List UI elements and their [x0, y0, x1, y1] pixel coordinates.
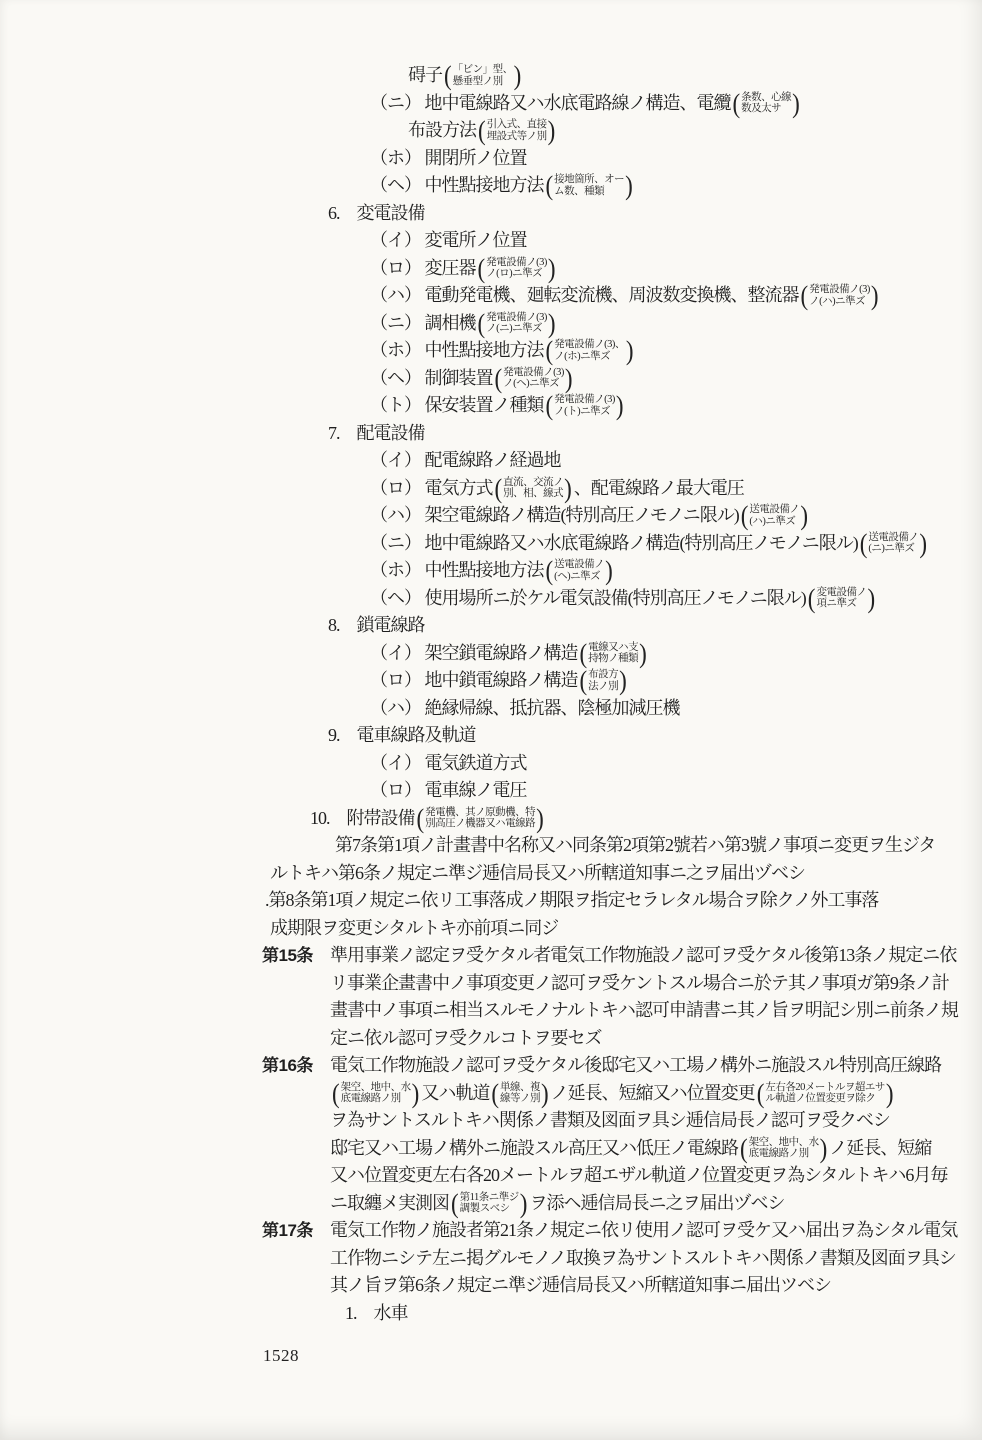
text-run: 定ニ依ル認可ヲ受クルコトヲ要セズ [330, 1028, 601, 1048]
article-number: 第17条 [262, 1217, 330, 1245]
text-line: （ト） 保安装置ノ種類発電設備ノ(3)ノ(ト)ニ準ズ [0, 392, 982, 420]
stack-row: 別高圧ノ機器又ハ電線路 [425, 818, 535, 830]
text-line: 8. 鎖電線路 [0, 612, 982, 640]
stacked-annotation: 直流、交流ノ別、相、線式 [494, 477, 573, 500]
text-line: 1. 水車 [0, 1300, 982, 1328]
document-page: 碍子「ビン」型、懸垂型ノ別（ニ） 地中電線路又ハ水底電路線ノ構造、電纜条数、心線… [0, 0, 982, 1440]
text-line: 邸宅又ハ工場ノ構外ニ施設スル高圧又ハ低圧ノ電線路架空、地中、水底電線路ノ別ノ延長… [0, 1135, 982, 1163]
stack-row: (ヘ)ニ準ズ [554, 571, 604, 583]
text-run: ノ延長、短縮又ハ位置変更 [551, 1083, 755, 1103]
stack-lines: 架空、地中、水底電線路ノ別 [341, 1082, 411, 1105]
stack-row: 発電設備ノ(3)、 [554, 339, 625, 351]
text-run: （ヘ） 使用場所ニ於ケル電気設備(特別高圧ノモノニ限ル) [370, 588, 806, 608]
stack-row: 発電設備ノ(3) [486, 257, 547, 269]
stack-row: 条数、心線 [741, 92, 791, 104]
line-text: 架空、地中、水底電線路ノ別又ハ軌道単線、複線等ノ別ノ延長、短縮又ハ位置変更左右各… [330, 1083, 896, 1103]
stack-row: 埋設式等ノ別 [487, 131, 547, 143]
line-text: （ニ） 地中電線路又ハ水底電線路ノ構造(特別高圧ノモノニ限ル)送電設備ノ(ニ)ニ… [370, 533, 929, 553]
stacked-annotation: 「ビン」型、懸垂型ノ別 [443, 64, 522, 87]
stack-row: ノ(ロ)ニ準ズ [486, 268, 547, 280]
text-line: （ハ） 架空電線路ノ構造(特別高圧ノモノニ限ル)送電設備ノ(ハ)ニ準ズ [0, 502, 982, 530]
stack-row: 底電線路ノ別 [749, 1148, 819, 1160]
text-line: 工作物ニシテ左ニ掲グルモノノ取換ヲ為サントスルトキハ関係ノ書類及図面ヲ具シ [0, 1245, 982, 1273]
stack-row: 架空、地中、水 [749, 1137, 819, 1149]
stack-row: ノ(ヘ)ニ準ズ [503, 378, 564, 390]
stack-row: 発電設備ノ(3) [486, 312, 547, 324]
text-line: 10. 附帯設備発電機、其ノ原動機、特別高圧ノ機器又ハ電線路 [0, 805, 982, 833]
stacked-annotation: 発電設備ノ(3)ノ(ヘ)ニ準ズ [494, 367, 574, 390]
document-body: 碍子「ビン」型、懸垂型ノ別（ニ） 地中電線路又ハ水底電路線ノ構造、電纜条数、心線… [0, 0, 982, 1327]
line-text: 碍子「ビン」型、懸垂型ノ別 [408, 65, 523, 85]
line-text: （ヘ） 使用場所ニ於ケル電気設備(特別高圧ノモノニ限ル)変電設備ノ項ニ準ズ [370, 588, 877, 608]
text-run: （ホ） 中性點接地方法 [370, 560, 544, 580]
stack-row: 送電設備ノ [554, 559, 604, 571]
text-line: 9. 電車線路及軌道 [0, 722, 982, 750]
line-text: （ホ） 開閉所ノ位置 [370, 148, 527, 168]
stack-row: 第11条ニ準ジ [460, 1192, 519, 1204]
text-run: （ト） 保安装置ノ種類 [370, 395, 544, 415]
text-line: （イ） 変電所ノ位置 [0, 227, 982, 255]
stacked-annotation: 第11条ニ準ジ調製スベシ [450, 1192, 528, 1215]
stacked-annotation: 送電設備ノ(ハ)ニ準ズ [740, 504, 809, 527]
stack-row: 法ノ別 [588, 681, 618, 693]
text-run: 布設方法 [408, 120, 476, 140]
article-line: 第16条電気工作物施設ノ認可ヲ受ケタル後邸宅又ハ工場ノ構外ニ施設スル特別高圧線路 [0, 1052, 982, 1080]
stack-row: ム数、種類 [554, 186, 624, 198]
stack-row: 単線、複 [500, 1082, 540, 1094]
stack-row: 接地箇所、オー [554, 174, 624, 186]
line-text: 8. 鎖電線路 [328, 615, 425, 635]
text-run: 電気工作物施設ノ認可ヲ受ケタル後邸宅又ハ工場ノ構外ニ施設スル特別高圧線路 [330, 1055, 941, 1075]
stacked-annotation: 発電設備ノ(3)ノ(ニ)ニ準ズ [477, 312, 557, 335]
line-text: 又ハ位置変更左右各20メートルヲ超エザル軌道ノ位置変更ヲ為シタルトキハ6月毎 [330, 1165, 947, 1185]
text-run: 10. 附帯設備 [310, 808, 415, 828]
text-line: （ホ） 中性點接地方法発電設備ノ(3)、ノ(ホ)ニ準ズ [0, 337, 982, 365]
line-text: （イ） 配電線路ノ経過地 [370, 450, 561, 470]
text-line: （イ） 電気鉄道方式 [0, 750, 982, 778]
text-run: ヲ添ヘ逓信局長ニ之ヲ届出ヅベシ [529, 1193, 784, 1213]
stacked-annotation: 送電設備ノ(ヘ)ニ準ズ [545, 559, 614, 582]
text-run: 9. 電車線路及軌道 [328, 725, 476, 745]
line-text: 9. 電車線路及軌道 [328, 725, 476, 745]
line-text: （ト） 保安装置ノ種類発電設備ノ(3)ノ(ト)ニ準ズ [370, 395, 626, 415]
text-run: 邸宅又ハ工場ノ構外ニ施設スル高圧又ハ低圧ノ電線路 [330, 1138, 738, 1158]
stack-row: 送電設備ノ [749, 504, 799, 516]
text-line: （ホ） 中性點接地方法送電設備ノ(ヘ)ニ準ズ [0, 557, 982, 585]
stack-row: 布設方 [588, 669, 618, 681]
stack-lines: 第11条ニ準ジ調製スベシ [460, 1192, 519, 1215]
text-line: 架空、地中、水底電線路ノ別又ハ軌道単線、複線等ノ別ノ延長、短縮又ハ位置変更左右各… [0, 1080, 982, 1108]
text-run: 又ハ軌道 [421, 1083, 489, 1103]
stack-lines: 発電機、其ノ原動機、特別高圧ノ機器又ハ電線路 [425, 807, 535, 830]
line-text: 第7条第1項ノ計畫書中名称又ハ同条第2項第2號若ハ第3號ノ事項ニ変更ヲ生ジタ [335, 835, 935, 855]
article-number: 第16条 [262, 1052, 330, 1080]
line-text: （ハ） 電動発電機、廻転変流機、周波数変換機、整流器発電設備ノ(3)ノ(ハ)ニ準… [370, 285, 881, 305]
stack-row: 線等ノ別 [500, 1093, 540, 1105]
text-line: （ホ） 開閉所ノ位置 [0, 145, 982, 173]
stack-row: 「ビン」型、 [453, 64, 513, 76]
text-run: （イ） 電気鉄道方式 [370, 753, 527, 773]
text-run: （ロ） 変圧器 [370, 258, 476, 278]
line-text: （ロ） 地中鎖電線路ノ構造布設方法ノ別 [370, 670, 629, 690]
stack-lines: 送電設備ノ(ヘ)ニ準ズ [554, 559, 604, 582]
text-run: （ヘ） 制御装置 [370, 368, 493, 388]
stack-lines: 布設方法ノ別 [588, 669, 618, 692]
text-run: 工作物ニシテ左ニ掲グルモノノ取換ヲ為サントスルトキハ関係ノ書類及図面ヲ具シ [330, 1248, 956, 1268]
stack-lines: 発電設備ノ(3)、ノ(ホ)ニ準ズ [554, 339, 625, 362]
text-run: ノ延長、短縮 [829, 1138, 931, 1158]
text-line: （ニ） 調相機発電設備ノ(3)ノ(ニ)ニ準ズ [0, 310, 982, 338]
page-number: 1528 [263, 1346, 299, 1366]
line-text: リ事業企畫書中ノ事項変更ノ認可ヲ受ケントスル場合ニ於テ其ノ事項ガ第9条ノ計 [330, 973, 949, 993]
stack-row: 底電線路ノ別 [341, 1093, 411, 1105]
text-run: 又ハ位置変更左右各20メートルヲ超エザル軌道ノ位置変更ヲ為シタルトキハ6月毎 [330, 1165, 947, 1185]
article-line: 第15条準用事業ノ認定ヲ受ケタル者電気工作物施設ノ認可ヲ受ケタル後第13条ノ規定… [0, 942, 982, 970]
stack-row: ノ(ハ)ニ準ズ [809, 296, 870, 308]
line-text: （イ） 変電所ノ位置 [370, 230, 527, 250]
stack-lines: 発電設備ノ(3)ノ(ヘ)ニ準ズ [503, 367, 564, 390]
stack-row: 送電設備ノ [868, 532, 918, 544]
stack-row: 直流、交流ノ [503, 477, 563, 489]
text-line: 定ニ依ル認可ヲ受クルコトヲ要セズ [0, 1025, 982, 1053]
text-run: ニ取纏メ実測図 [330, 1193, 449, 1213]
line-text: （イ） 電気鉄道方式 [370, 753, 527, 773]
text-line: 畫書中ノ事項ニ相当スルモノナルトキハ認可申請書ニ其ノ旨ヲ明記シ別ニ前条ノ規 [0, 997, 982, 1025]
line-text: 定ニ依ル認可ヲ受クルコトヲ要セズ [330, 1028, 601, 1048]
stack-row: 懸垂型ノ別 [453, 76, 513, 88]
stack-row: ノ(ニ)ニ準ズ [486, 323, 547, 335]
text-line: （イ） 架空鎖電線路ノ構造電線又ハ支持物ノ種類 [0, 640, 982, 668]
line-text: （ハ） 絶縁帰線、抵抗器、陰極加減圧機 [370, 698, 680, 718]
text-line: 7. 配電設備 [0, 420, 982, 448]
text-line: （ロ） 地中鎖電線路ノ構造布設方法ノ別 [0, 667, 982, 695]
text-run: 第7条第1項ノ計畫書中名称又ハ同条第2項第2號若ハ第3號ノ事項ニ変更ヲ生ジタ [335, 835, 935, 855]
text-run: ヲ為サントスルトキハ関係ノ書類及図面ヲ具シ逓信局長ノ認可ヲ受クベシ [330, 1110, 890, 1130]
line-text: （ニ） 調相機発電設備ノ(3)ノ(ニ)ニ準ズ [370, 313, 558, 333]
stack-row: 発電設備ノ(3) [554, 394, 615, 406]
text-run: 碍子 [408, 65, 442, 85]
text-run: 6. 変電設備 [328, 203, 425, 223]
text-line: （イ） 配電線路ノ経過地 [0, 447, 982, 475]
text-run: .第8条第1項ノ規定ニ依リ工事落成ノ期限ヲ指定セラレタル場合ヲ除クノ外工事落 [265, 890, 878, 910]
stack-row: 項ニ準ズ [816, 598, 866, 610]
text-line: （ロ） 電車線ノ電圧 [0, 777, 982, 805]
stack-row: 変電設備ノ [816, 587, 866, 599]
line-text: ヲ為サントスルトキハ関係ノ書類及図面ヲ具シ逓信局長ノ認可ヲ受クベシ [330, 1110, 890, 1130]
line-text: 1. 水車 [345, 1303, 408, 1323]
text-line: 碍子「ビン」型、懸垂型ノ別 [0, 62, 982, 90]
stacked-annotation: 変電設備ノ項ニ準ズ [807, 587, 876, 610]
text-line: 第7条第1項ノ計畫書中名称又ハ同条第2項第2號若ハ第3號ノ事項ニ変更ヲ生ジタ [0, 832, 982, 860]
stack-row: 架空、地中、水 [341, 1082, 411, 1094]
text-line: 6. 変電設備 [0, 200, 982, 228]
text-line: リ事業企畫書中ノ事項変更ノ認可ヲ受ケントスル場合ニ於テ其ノ事項ガ第9条ノ計 [0, 970, 982, 998]
text-run: （イ） 変電所ノ位置 [370, 230, 527, 250]
text-run: （ホ） 開閉所ノ位置 [370, 148, 527, 168]
stacked-annotation: 発電設備ノ(3)、ノ(ホ)ニ準ズ [545, 339, 635, 362]
text-run: （ホ） 中性點接地方法 [370, 340, 544, 360]
article-line: 第17条電気工作物ノ施設者第21条ノ規定ニ依リ使用ノ認可ヲ受ケ又ハ届出ヲ為シタル… [0, 1217, 982, 1245]
text-line: 布設方法引入式、直接埋設式等ノ別 [0, 117, 982, 145]
stack-lines: 電線又ハ支持物ノ種類 [588, 642, 638, 665]
line-text: .第8条第1項ノ規定ニ依リ工事落成ノ期限ヲ指定セラレタル場合ヲ除クノ外工事落 [265, 890, 878, 910]
text-line: 成期限ヲ変更シタルトキ亦前項ニ同ジ [0, 915, 982, 943]
text-line: ニ取纏メ実測図第11条ニ準ジ調製スベシヲ添ヘ逓信局長ニ之ヲ届出ヅベシ [0, 1190, 982, 1218]
text-line: （ニ） 地中電線路又ハ水底電線路ノ構造(特別高圧ノモノニ限ル)送電設備ノ(ニ)ニ… [0, 530, 982, 558]
stacked-annotation: 左右各20メートルヲ超エサル軌道ノ位置変更ヲ除ク [756, 1082, 895, 1105]
stack-lines: 発電設備ノ(3)ノ(ト)ニ準ズ [554, 394, 615, 417]
text-line: 又ハ位置変更左右各20メートルヲ超エザル軌道ノ位置変更ヲ為シタルトキハ6月毎 [0, 1162, 982, 1190]
stack-lines: 送電設備ノ(ニ)ニ準ズ [868, 532, 918, 555]
text-run: 其ノ旨ヲ第6条ノ規定ニ準ジ逓信局長又ハ所轄道知事ニ届出ツベシ [330, 1275, 831, 1295]
line-text: （ヘ） 中性點接地方法接地箇所、オーム数、種類 [370, 175, 635, 195]
text-run: （ニ） 地中電線路又ハ水底電路線ノ構造、電纜 [370, 93, 731, 113]
stacked-annotation: 接地箇所、オーム数、種類 [545, 174, 634, 197]
stack-row: 引入式、直接 [487, 119, 547, 131]
line-text: （ロ） 変圧器発電設備ノ(3)ノ(ロ)ニ準ズ [370, 258, 558, 278]
line-text: （ホ） 中性點接地方法発電設備ノ(3)、ノ(ホ)ニ準ズ [370, 340, 636, 360]
text-line: （ヘ） 制御装置発電設備ノ(3)ノ(ヘ)ニ準ズ [0, 365, 982, 393]
line-text: 成期限ヲ変更シタルトキ亦前項ニ同ジ [270, 918, 558, 938]
text-run: （ニ） 地中電線路又ハ水底電線路ノ構造(特別高圧ノモノニ限ル) [370, 533, 858, 553]
line-text: （ロ） 電車線ノ電圧 [370, 780, 527, 800]
stack-row: ノ(ト)ニ準ズ [554, 406, 615, 418]
text-run: 、配電線路ノ最大電圧 [574, 478, 744, 498]
line-text: ニ取纏メ実測図第11条ニ準ジ調製スベシヲ添ヘ逓信局長ニ之ヲ届出ヅベシ [330, 1193, 784, 1213]
text-run: （ロ） 電気方式 [370, 478, 493, 498]
text-run: リ事業企畫書中ノ事項変更ノ認可ヲ受ケントスル場合ニ於テ其ノ事項ガ第9条ノ計 [330, 973, 949, 993]
stacked-annotation: 発電機、其ノ原動機、特別高圧ノ機器又ハ電線路 [416, 807, 545, 830]
line-text: （ヘ） 制御装置発電設備ノ(3)ノ(ヘ)ニ準ズ [370, 368, 575, 388]
text-line: （ヘ） 使用場所ニ於ケル電気設備(特別高圧ノモノニ限ル)変電設備ノ項ニ準ズ [0, 585, 982, 613]
line-text: 工作物ニシテ左ニ掲グルモノノ取換ヲ為サントスルトキハ関係ノ書類及図面ヲ具シ [330, 1248, 956, 1268]
stack-lines: 引入式、直接埋設式等ノ別 [487, 119, 547, 142]
line-text: （ハ） 架空電線路ノ構造(特別高圧ノモノニ限ル)送電設備ノ(ハ)ニ準ズ [370, 505, 810, 525]
text-line: 其ノ旨ヲ第6条ノ規定ニ準ジ逓信局長又ハ所轄道知事ニ届出ツベシ [0, 1272, 982, 1300]
text-run: ルトキハ第6条ノ規定ニ準ジ逓信局長又ハ所轄道知事ニ之ヲ届出ヅベシ [270, 863, 805, 883]
text-run: （ヘ） 中性點接地方法 [370, 175, 544, 195]
stack-lines: 直流、交流ノ別、相、線式 [503, 477, 563, 500]
text-line: .第8条第1項ノ規定ニ依リ工事落成ノ期限ヲ指定セラレタル場合ヲ除クノ外工事落 [0, 887, 982, 915]
stacked-annotation: 架空、地中、水底電線路ノ別 [331, 1082, 420, 1105]
stack-lines: 架空、地中、水底電線路ノ別 [749, 1137, 819, 1160]
text-run: 成期限ヲ変更シタルトキ亦前項ニ同ジ [270, 918, 558, 938]
stack-lines: 発電設備ノ(3)ノ(ハ)ニ準ズ [809, 284, 870, 307]
text-line: ルトキハ第6条ノ規定ニ準ジ逓信局長又ハ所轄道知事ニ之ヲ届出ヅベシ [0, 860, 982, 888]
stacked-annotation: 送電設備ノ(ニ)ニ準ズ [859, 532, 928, 555]
text-line: （ハ） 電動発電機、廻転変流機、周波数変換機、整流器発電設備ノ(3)ノ(ハ)ニ準… [0, 282, 982, 310]
line-text: （ホ） 中性點接地方法送電設備ノ(ヘ)ニ準ズ [370, 560, 615, 580]
stack-lines: 左右各20メートルヲ超エサル軌道ノ位置変更ヲ除ク [765, 1082, 885, 1105]
stack-lines: 単線、複線等ノ別 [500, 1082, 540, 1105]
stacked-annotation: 布設方法ノ別 [579, 669, 628, 692]
stack-lines: 接地箇所、オーム数、種類 [554, 174, 624, 197]
line-text: （イ） 架空鎖電線路ノ構造電線又ハ支持物ノ種類 [370, 643, 649, 663]
stack-row: 調製スベシ [460, 1203, 519, 1215]
stacked-annotation: 発電設備ノ(3)ノ(ハ)ニ準ズ [800, 284, 880, 307]
stack-row: 数及太サ [741, 103, 791, 115]
stack-lines: 条数、心線数及太サ [741, 92, 791, 115]
stacked-annotation: 発電設備ノ(3)ノ(ト)ニ準ズ [545, 394, 625, 417]
text-line: （ロ） 電気方式直流、交流ノ別、相、線式、配電線路ノ最大電圧 [0, 475, 982, 503]
line-text: 6. 変電設備 [328, 203, 425, 223]
text-run: （ハ） 電動発電機、廻転変流機、周波数変換機、整流器 [370, 285, 799, 305]
text-run: 準用事業ノ認定ヲ受ケタル者電気工作物施設ノ認可ヲ受ケタル後第13条ノ規定ニ依 [330, 945, 956, 965]
text-run: （ロ） 地中鎖電線路ノ構造 [370, 670, 578, 690]
text-run: 電気工作物ノ施設者第21条ノ規定ニ依リ使用ノ認可ヲ受ケ又ハ届出ヲ為シタル電気 [330, 1220, 957, 1240]
stack-row: 電線又ハ支 [588, 642, 638, 654]
text-run: 1. 水車 [345, 1303, 408, 1323]
stack-lines: 発電設備ノ(3)ノ(ロ)ニ準ズ [486, 257, 547, 280]
text-line: ヲ為サントスルトキハ関係ノ書類及図面ヲ具シ逓信局長ノ認可ヲ受クベシ [0, 1107, 982, 1135]
line-text: 布設方法引入式、直接埋設式等ノ別 [408, 120, 557, 140]
text-run: （イ） 配電線路ノ経過地 [370, 450, 561, 470]
text-line: （ヘ） 中性點接地方法接地箇所、オーム数、種類 [0, 172, 982, 200]
stack-row: ル軌道ノ位置変更ヲ除ク [765, 1093, 885, 1105]
line-text: 邸宅又ハ工場ノ構外ニ施設スル高圧又ハ低圧ノ電線路架空、地中、水底電線路ノ別ノ延長… [330, 1138, 931, 1158]
line-text: 其ノ旨ヲ第6条ノ規定ニ準ジ逓信局長又ハ所轄道知事ニ届出ツベシ [330, 1275, 831, 1295]
stack-lines: 送電設備ノ(ハ)ニ準ズ [749, 504, 799, 527]
line-text: 10. 附帯設備発電機、其ノ原動機、特別高圧ノ機器又ハ電線路 [310, 808, 546, 828]
text-run: 7. 配電設備 [328, 423, 425, 443]
text-run: 畫書中ノ事項ニ相当スルモノナルトキハ認可申請書ニ其ノ旨ヲ明記シ別ニ前条ノ規 [330, 1000, 958, 1020]
stack-row: 左右各20メートルヲ超エサ [765, 1082, 885, 1094]
stack-lines: 発電設備ノ(3)ノ(ニ)ニ準ズ [486, 312, 547, 335]
stack-lines: 「ビン」型、懸垂型ノ別 [453, 64, 513, 87]
stacked-annotation: 引入式、直接埋設式等ノ別 [477, 119, 556, 142]
line-text: 畫書中ノ事項ニ相当スルモノナルトキハ認可申請書ニ其ノ旨ヲ明記シ別ニ前条ノ規 [330, 1000, 958, 1020]
stack-row: ノ(ホ)ニ準ズ [554, 351, 625, 363]
line-text: 電気工作物ノ施設者第21条ノ規定ニ依リ使用ノ認可ヲ受ケ又ハ届出ヲ為シタル電気 [330, 1217, 982, 1245]
text-run: （ハ） 絶縁帰線、抵抗器、陰極加減圧機 [370, 698, 680, 718]
stacked-annotation: 発電設備ノ(3)ノ(ロ)ニ準ズ [477, 257, 557, 280]
stack-row: (ニ)ニ準ズ [868, 543, 918, 555]
stacked-annotation: 条数、心線数及太サ [732, 92, 801, 115]
line-text: ルトキハ第6条ノ規定ニ準ジ逓信局長又ハ所轄道知事ニ之ヲ届出ヅベシ [270, 863, 805, 883]
text-run: （イ） 架空鎖電線路ノ構造 [370, 643, 578, 663]
stack-lines: 変電設備ノ項ニ準ズ [816, 587, 866, 610]
text-line: （ニ） 地中電線路又ハ水底電路線ノ構造、電纜条数、心線数及太サ [0, 90, 982, 118]
stack-row: 別、相、線式 [503, 488, 563, 500]
stacked-annotation: 電線又ハ支持物ノ種類 [579, 642, 648, 665]
text-run: （ニ） 調相機 [370, 313, 476, 333]
line-text: 準用事業ノ認定ヲ受ケタル者電気工作物施設ノ認可ヲ受ケタル後第13条ノ規定ニ依 [330, 942, 982, 970]
text-run: 8. 鎖電線路 [328, 615, 425, 635]
article-number: 第15条 [262, 942, 330, 970]
line-text: 電気工作物施設ノ認可ヲ受ケタル後邸宅又ハ工場ノ構外ニ施設スル特別高圧線路 [330, 1052, 982, 1080]
stack-row: 持物ノ種類 [588, 653, 638, 665]
text-line: （ハ） 絶縁帰線、抵抗器、陰極加減圧機 [0, 695, 982, 723]
stacked-annotation: 単線、複線等ノ別 [490, 1082, 549, 1105]
line-text: （ロ） 電気方式直流、交流ノ別、相、線式、配電線路ノ最大電圧 [370, 478, 744, 498]
stacked-annotation: 架空、地中、水底電線路ノ別 [739, 1137, 828, 1160]
text-line: （ロ） 変圧器発電設備ノ(3)ノ(ロ)ニ準ズ [0, 255, 982, 283]
stack-row: 発電機、其ノ原動機、特 [425, 807, 535, 819]
stack-row: (ハ)ニ準ズ [749, 516, 799, 528]
line-text: 7. 配電設備 [328, 423, 425, 443]
stack-row: 発電設備ノ(3) [809, 284, 870, 296]
stack-row: 発電設備ノ(3) [503, 367, 564, 379]
line-text: （ニ） 地中電線路又ハ水底電路線ノ構造、電纜条数、心線数及太サ [370, 93, 802, 113]
text-run: （ロ） 電車線ノ電圧 [370, 780, 527, 800]
text-run: （ハ） 架空電線路ノ構造(特別高圧ノモノニ限ル) [370, 505, 739, 525]
